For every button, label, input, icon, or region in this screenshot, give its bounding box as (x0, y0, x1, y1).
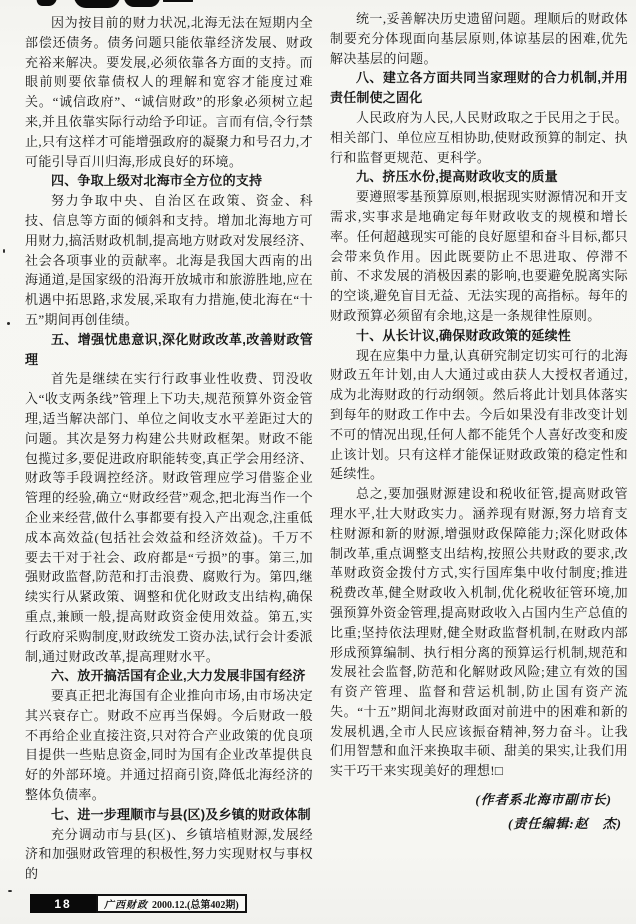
body-paragraph: 统一,妥善解决历史遗留问题。理顺后的财政体制要充分体现面向基层原则,体谅基层的困… (330, 9, 628, 68)
left-column: 因为按目前的财力状况,北海无法在短期内全部偿还债务。债务问题只能依靠经济发展、财… (25, 13, 313, 884)
section-heading-9: 九、挤压水份,提高财政收支的质量 (330, 167, 628, 187)
scan-artifact (3, 249, 5, 253)
journal-name: 广西财政 (104, 896, 148, 911)
section-heading-6: 六、放开搞活国有企业,大力发展非国有经济 (25, 666, 313, 686)
body-paragraph: 现在应集中力量,认真研究制定切实可行的北海财政五年计划,由人大通过或由获人大授权… (330, 346, 628, 485)
section-heading-10: 十、从长计议,确保财政政策的延续性 (330, 326, 628, 346)
page-footer: 18 广西财政 2000.12.(总第402期) (30, 894, 247, 913)
body-paragraph: 要遵照零基预算原则,根据现实财源情况和开支需求,实事求是地确定每年财政收支的规模… (330, 187, 628, 326)
masthead-glyph-fragment (36, 0, 59, 6)
scanned-article-page: 因为按目前的财力状况,北海无法在短期内全部偿还债务。债务问题只能依靠经济发展、财… (0, 0, 636, 924)
page-number-badge: 18 (30, 894, 96, 913)
page-number: 18 (54, 897, 71, 911)
section-heading-4: 四、争取上级对北海市全方位的支持 (25, 171, 313, 191)
closing-paragraph: 总之,要加强财源建设和税收征管,提高财政管理水平,壮大财政实力。涵养现有财源,努… (330, 484, 628, 781)
editor-byline: (责任编辑:赵 杰) (330, 813, 628, 835)
section-heading-8: 八、建立各方面共同当家理财的合力机制,并用责任制使之固化 (330, 68, 628, 108)
body-paragraph: 人民政府为人民,人民财政取之于民用之于民。相关部门、单位应互相协助,使财政预算的… (330, 108, 628, 167)
body-paragraph: 首先是继续在实行行政事业性收费、罚没收入“收支两条线”管理上下功夫,规范预算外资… (25, 369, 313, 666)
scan-artifact (7, 322, 10, 325)
masthead-glyph-fragment (124, 0, 160, 7)
journal-issue-label: 广西财政 2000.12.(总第402期) (96, 894, 247, 913)
section-heading-5: 五、增强忧患意识,深化财政改革,改善财政管理 (25, 330, 313, 370)
author-byline: (作者系北海市副市长) (330, 789, 628, 811)
masthead-glyph-fragment (163, 0, 193, 4)
body-paragraph: 要真正把北海国有企业推向市场,由市场决定其兴衰存亡。财政不应再当保姆。今后财政一… (25, 686, 313, 805)
body-paragraph: 因为按目前的财力状况,北海无法在短期内全部偿还债务。债务问题只能依靠经济发展、财… (25, 13, 313, 171)
right-column: 统一,妥善解决历史遗留问题。理顺后的财政体制要充分体现面向基层原则,体谅基层的困… (330, 9, 628, 835)
body-paragraph: 充分调动市与县(区)、乡镇培植财源,发展经济和加强财政管理的积极性,努力实现财权… (25, 825, 313, 884)
masthead-glyph-fragment (74, 0, 120, 8)
issue-info: 2000.12.(总第402期) (152, 896, 239, 911)
body-paragraph: 努力争取中央、自治区在政策、资金、科技、信息等方面的倾斜和支持。增加北海地方可用… (25, 191, 313, 330)
section-heading-7: 七、进一步理顺市与县(区)及乡镇的财政体制 (25, 805, 313, 825)
scan-artifact (8, 890, 12, 892)
